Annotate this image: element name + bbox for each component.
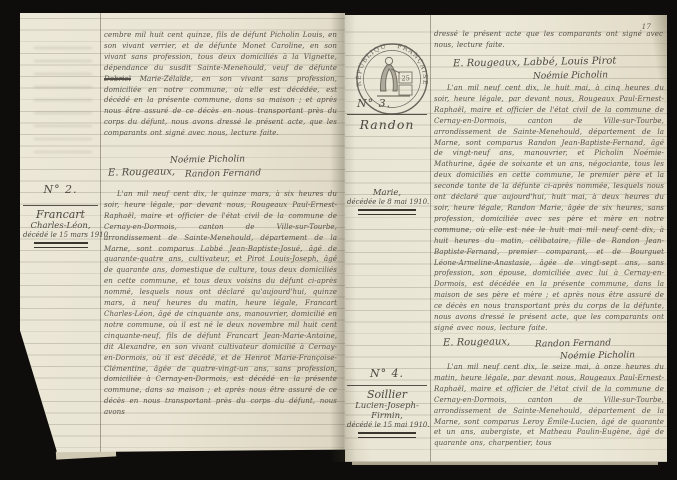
act3-margin-double-rule (358, 209, 416, 215)
act2-margin-double-rule (34, 242, 88, 248)
act3-death-record-paragraph: L'an mil neuf cent dix, le huit mai, à c… (434, 83, 664, 333)
act3-death-date-note: décédée le 8 mai 1910. (347, 198, 427, 206)
act4-death-record-paragraph: L'an mil neuf cent dix, le seize mai, à … (434, 362, 664, 456)
act1-continuation-paragraph: cembre mil huit cent quinze, fils de déf… (104, 30, 337, 158)
act2-deceased-surname: Francart (23, 208, 98, 221)
act3-margin-note: N° 3. Randon Marie, décédée le 8 mai 191… (347, 97, 427, 215)
act2-closing-paragraph: dressé le présent acte que les comparant… (434, 29, 663, 55)
book-gutter-fold (330, 13, 356, 462)
act4-deceased-firstnames: Lucien-Joseph-Firmin, (347, 401, 427, 421)
act4-margin-double-rule (358, 432, 416, 438)
act1-text-before-correction: cembre mil huit cent quinze, fils de déf… (104, 30, 337, 72)
act3-deceased-firstname: Marie, (347, 188, 427, 198)
act4-number: N° 4. (347, 367, 427, 380)
act4-death-date-note: décédé le 15 mai 1910. (347, 421, 427, 429)
act2-signature-witness: Noémie Picholin (533, 70, 608, 81)
left-page: cembre mil huit cent quinze, fils de déf… (20, 13, 345, 454)
act1-text-after-correction: Marie-Zélaïde, en son vivant sans profes… (104, 74, 337, 138)
act3-signature-witness: Noémie Picholin (560, 350, 635, 361)
act2-margin-note: N° 2. Francart Charles-Léon, décédé le 1… (23, 183, 98, 248)
act2-number: N° 2. (23, 183, 98, 196)
act3-signature-mayor: E. Rougeaux, (443, 336, 510, 348)
right-page: 17 dressé le présent acte que les compar… (345, 15, 667, 462)
act2-signature-line: E. Rougeaux, Labbé, Louis Pirot (453, 56, 617, 70)
ink-showthrough (34, 43, 92, 163)
act2-death-record-paragraph: L'an mil neuf cent dix, le quinze mars, … (104, 189, 337, 452)
act3-margin-rule-line (347, 114, 427, 115)
act1-signature-declarant: Randon Fernand (185, 168, 261, 179)
act1-signature-witness: Noémie Picholin (170, 154, 245, 165)
act2-margin-rule-line (23, 205, 98, 206)
act3-deceased-surname: Randon (347, 117, 427, 132)
scanned-register-spread: { "colors":{"paper":"#eae5d4","ink":"#55… (0, 0, 677, 480)
act1-struck-word: Dobriel (104, 74, 131, 83)
act3-number: N° 3. (347, 97, 427, 110)
act2-deceased-firstnames: Charles-Léon, (23, 221, 98, 231)
act3-signature-father: Randon Fernand (535, 338, 611, 349)
act4-margin-note: N° 4. Soillier Lucien-Joseph-Firmin, déc… (347, 367, 427, 438)
act2-death-date-note: décédé le 15 mars 1910. (23, 231, 98, 239)
stamp-value: 25 (402, 75, 410, 83)
act4-margin-rule-line (347, 385, 427, 386)
act1-signature-mayor: E. Rougeaux, (108, 166, 175, 178)
act4-deceased-surname: Soillier (347, 388, 427, 401)
